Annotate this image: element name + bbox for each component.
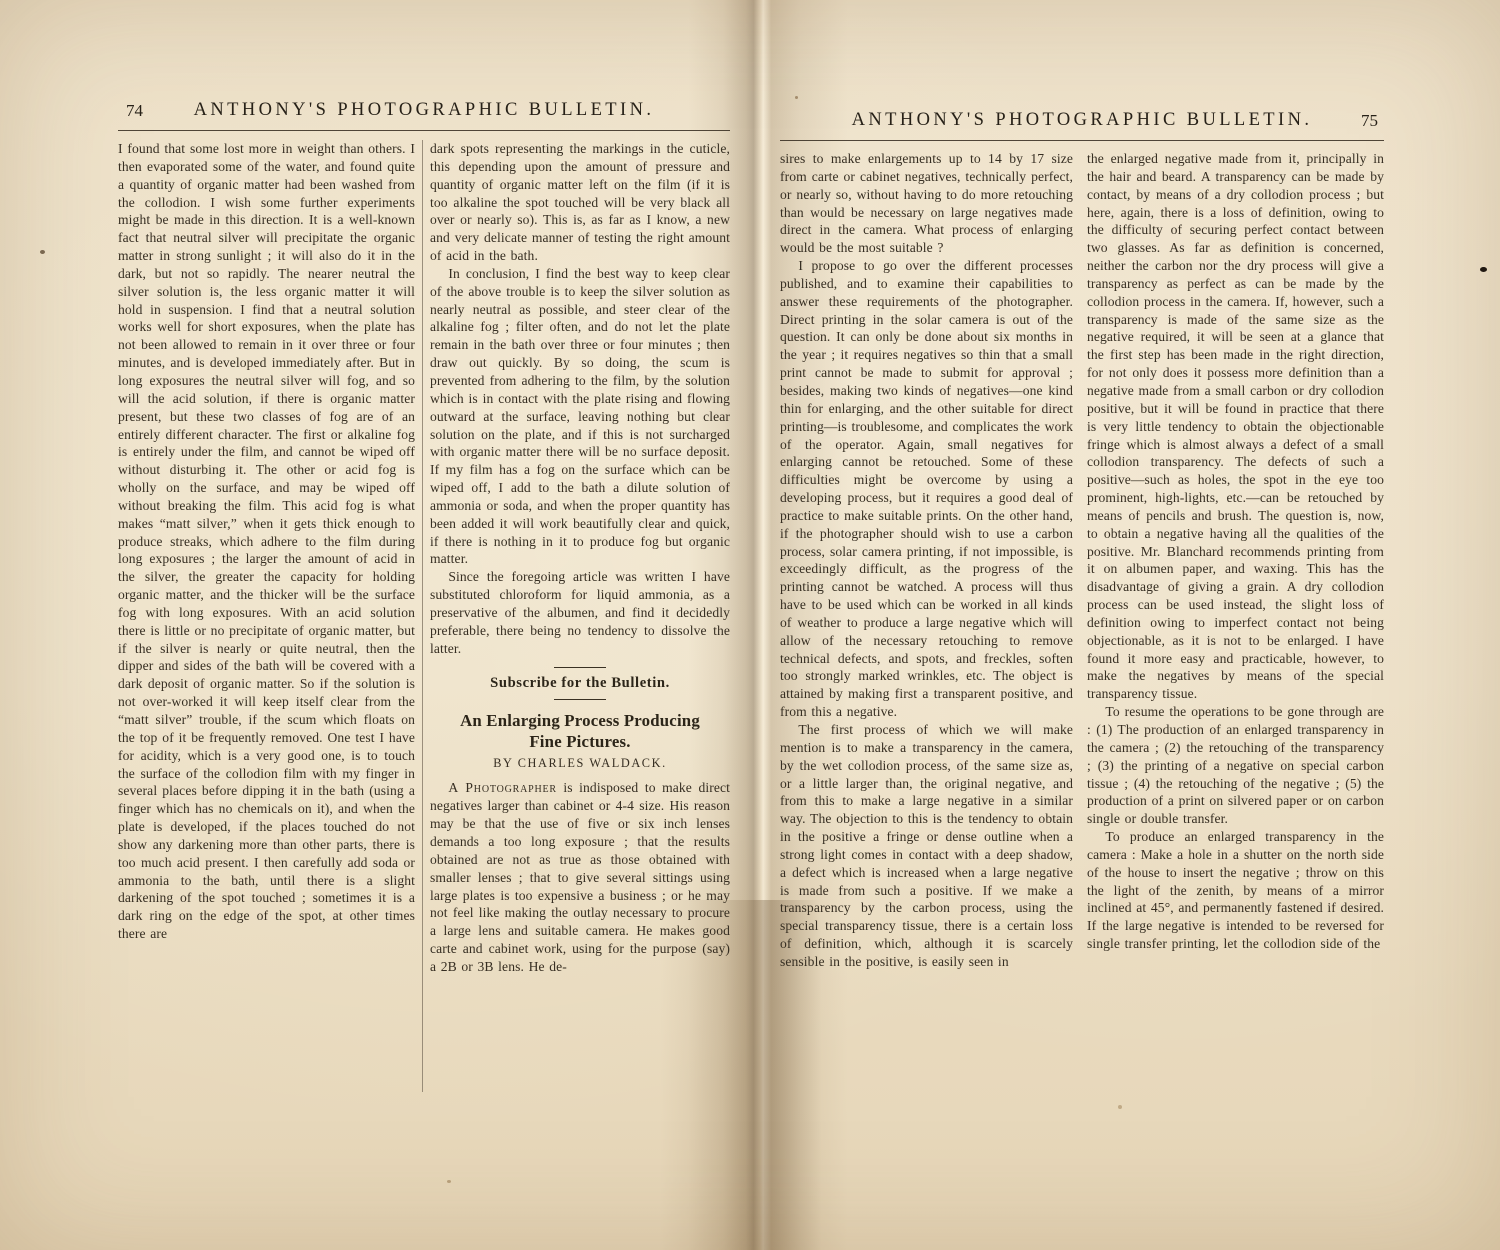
left-page: 74 ANTHONY'S PHOTOGRAPHIC BULLETIN. I fo…	[118, 100, 730, 1092]
left-running-head: 74 ANTHONY'S PHOTOGRAPHIC BULLETIN.	[118, 100, 730, 126]
paragraph: To produce an enlarged transparency in t…	[1087, 828, 1384, 953]
paper-speck	[1118, 1105, 1122, 1109]
right-column-1: sires to make enlargements up to 14 by 1…	[780, 150, 1073, 1102]
left-header-rule	[118, 130, 730, 131]
right-column-2: the enlarged negative made from it, prin…	[1087, 150, 1384, 1102]
rule-below-subscribe	[554, 699, 606, 700]
paper-speck	[795, 96, 798, 99]
article-lead-smallcaps: A Photographer	[448, 780, 557, 795]
right-header-title: ANTHONY'S PHOTOGRAPHIC BULLETIN.	[852, 110, 1313, 130]
article-title: An Enlarging Process ProducingFine Pictu…	[430, 710, 730, 752]
column-divider	[422, 140, 423, 1092]
article-byline: BY CHARLES WALDACK.	[430, 756, 730, 771]
left-columns: I found that some lost more in weight th…	[118, 140, 730, 1092]
paragraph: The first process of which we will make …	[780, 721, 1073, 971]
paragraph: Since the foregoing article was written …	[430, 568, 730, 657]
right-header-rule	[780, 140, 1384, 141]
paper-speck	[1247, 352, 1250, 355]
left-page-number: 74	[126, 101, 143, 121]
left-column-1: I found that some lost more in weight th…	[118, 140, 415, 1092]
left-column-2: dark spots representing the markings in …	[430, 140, 730, 1092]
article-title-line1: An Enlarging Process Producing	[460, 711, 700, 730]
paragraph: dark spots representing the markings in …	[430, 140, 730, 265]
left-header-title: ANTHONY'S PHOTOGRAPHIC BULLETIN.	[194, 100, 655, 120]
paper-speck	[447, 1180, 451, 1183]
ink-fleck	[1480, 267, 1487, 272]
book-scan: { "left_page": { "page_number": "74", "h…	[0, 0, 1500, 1250]
paragraph: sires to make enlargements up to 14 by 1…	[780, 150, 1073, 257]
left-column-2-paragraphs: dark spots representing the markings in …	[430, 140, 730, 657]
paragraph: To resume the operations to be gone thro…	[1087, 703, 1384, 828]
paragraph: I found that some lost more in weight th…	[118, 140, 415, 943]
subscribe-notice: Subscribe for the Bulletin.	[430, 675, 730, 692]
rule-above-subscribe	[554, 667, 606, 668]
paragraph: In conclusion, I find the best way to ke…	[430, 265, 730, 568]
article-title-line2: Fine Pictures.	[529, 732, 630, 751]
right-running-head: ANTHONY'S PHOTOGRAPHIC BULLETIN. 75	[780, 110, 1384, 136]
right-columns: sires to make enlargements up to 14 by 1…	[780, 150, 1384, 1102]
subscribe-notice-block: Subscribe for the Bulletin.	[430, 667, 730, 700]
right-page-number: 75	[1361, 111, 1378, 131]
paragraph: I propose to go over the different proce…	[780, 257, 1073, 721]
paper-speck	[40, 250, 45, 254]
article-opening-paragraph: A Photographer is indisposed to make dir…	[430, 779, 730, 975]
paragraph: the enlarged negative made from it, prin…	[1087, 150, 1384, 703]
article-lead-rest: is indisposed to make direct negatives l…	[430, 780, 730, 973]
right-page: ANTHONY'S PHOTOGRAPHIC BULLETIN. 75 sire…	[780, 110, 1384, 1102]
